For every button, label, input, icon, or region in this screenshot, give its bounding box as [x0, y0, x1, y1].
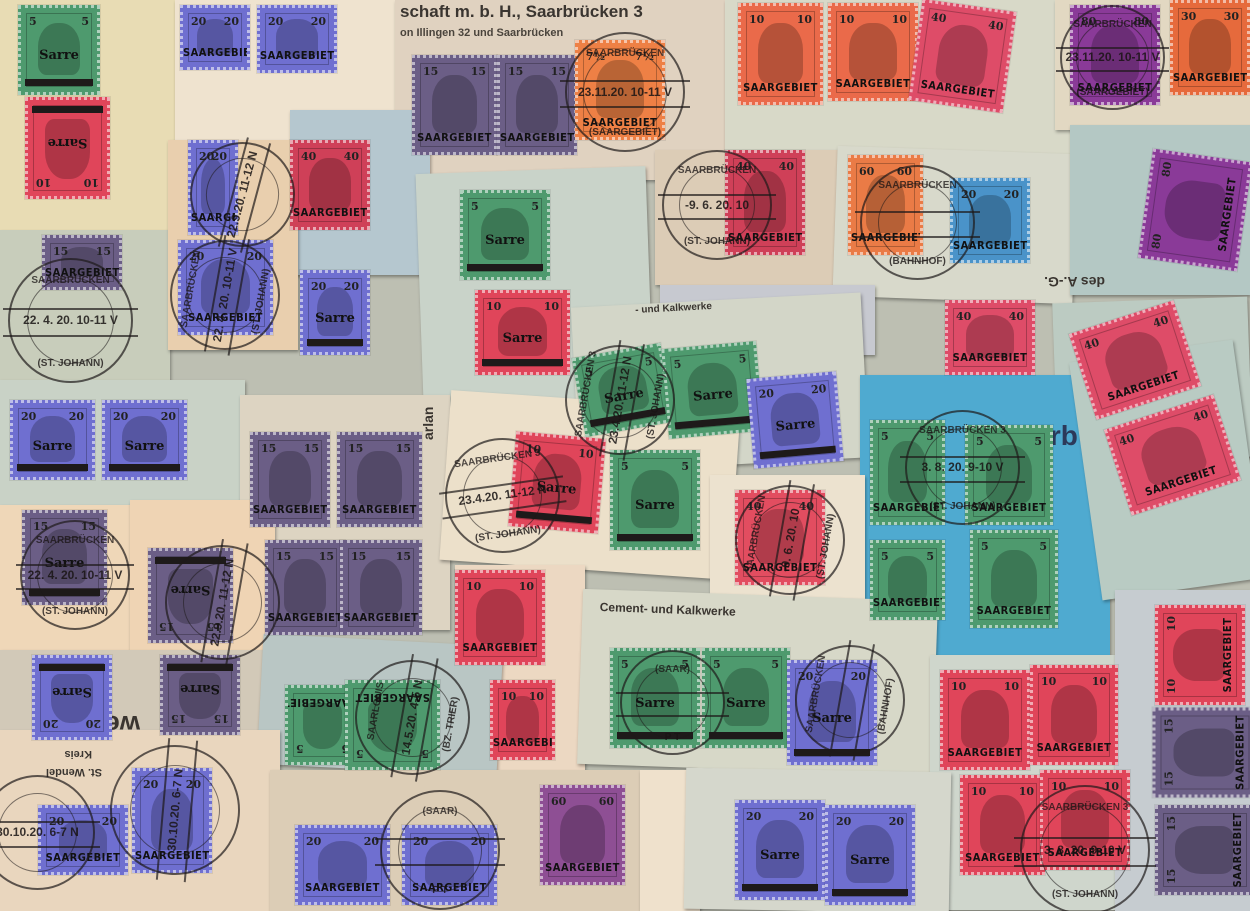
stamp: 2020Sarre [825, 805, 915, 905]
postmark-town: SAARBRÜCKEN [22, 535, 128, 546]
stamp-value: 10 [1092, 675, 1107, 688]
stamp-value: 10 [1165, 679, 1178, 694]
postmark-office: (SAARGEBIET) [567, 127, 683, 138]
stamp-value: 20 [799, 810, 814, 823]
postmark-town: SAARBRÜCKEN 3 [1022, 802, 1148, 813]
postmark-office: (ST. JOHANN) [664, 236, 770, 247]
stamp: 2020Sarre [32, 655, 112, 740]
stamp-value: 20 [311, 15, 326, 28]
overprint-bar [307, 339, 363, 346]
stamp-value: 60 [599, 795, 614, 808]
stamp-value: 15 [304, 442, 319, 455]
postmark-office: (BAHNHOF) [862, 256, 973, 267]
stamp-value: 60 [859, 165, 874, 178]
stamp-value: 10 [797, 13, 812, 26]
stamp-value: 40 [301, 150, 316, 163]
postmark-town: SAARBRÜCKEN [567, 48, 683, 59]
postmark: SAARBRÜCKEN 33. 8. 20. 9-10 V(ST. JOHANN… [1020, 785, 1150, 911]
postmark-date [382, 838, 498, 861]
postmark-date: -9. 6. 20. 10 [664, 194, 770, 215]
stamp-value: 10 [36, 176, 51, 189]
overprint-bar [482, 359, 563, 366]
overprint-saargebiet: SAARGEBIET [741, 81, 820, 94]
postmark-town: SAARBRÜCKEN [1062, 19, 1163, 30]
postmark-office: (ST. JOHANN) [907, 501, 1018, 512]
stamp-value: 10 [1004, 680, 1019, 693]
stamp-value: 15 [1165, 869, 1178, 884]
postmark: SAARBRÜCKEN22. 4. 20. 10-11 V(ST. JOHANN… [20, 520, 130, 630]
overprint-sarre: Sarre [463, 233, 547, 248]
overprint-sarre: Sarre [163, 681, 237, 696]
stamp-collection-photo: schaft m. b. H., Saarbrücken 3on Illinge… [0, 0, 1250, 911]
germania-figure [284, 559, 325, 614]
stamp-value: 20 [268, 15, 283, 28]
stamp: 1010Sarre [475, 290, 570, 375]
stamp-value: 15 [319, 550, 334, 563]
stamp-value: 5 [29, 15, 37, 28]
printed-text: schaft m. b. H., Saarbrücken 3 [400, 2, 643, 22]
postmark: SAARBRÜCKEN(BAHNHOF) [860, 165, 975, 280]
overprint-saargebiet: SAARGEBIET [343, 611, 419, 624]
stamp-value: 20 [836, 815, 851, 828]
stamp: 1010SAARGEBIET [490, 680, 555, 760]
overprint-saargebiet: SAARGEBIET [973, 604, 1055, 617]
stamp-value: 20 [758, 387, 774, 401]
stamp-value: 5 [471, 200, 479, 213]
stamp-value: 15 [508, 65, 523, 78]
overprint-saargebiet: SAARGEBIET [943, 746, 1027, 759]
stamp-value: 5 [771, 658, 779, 671]
stamp-value: 10 [486, 300, 501, 313]
stamp-value: 20 [69, 410, 84, 423]
stamp: 2020Sarre [102, 400, 187, 480]
stamp-value: 20 [311, 280, 326, 293]
printed-text: St. Wendel [46, 766, 102, 778]
germania-figure [432, 75, 476, 133]
overprint-bar [17, 464, 88, 471]
stamp-value: 40 [930, 10, 947, 25]
stamp-value: 20 [113, 410, 128, 423]
stamp-value: 10 [1041, 675, 1056, 688]
stamp-value: 10 [749, 13, 764, 26]
printed-text: on Illingen 32 und Saarbrücken [400, 27, 563, 39]
postmark: (SAAR)P T [620, 650, 725, 755]
stamp: 1515SAARGEBIET [412, 55, 497, 155]
overprint-saargebiet: SAARGEBIET [1231, 808, 1244, 892]
germania-figure [991, 550, 1037, 607]
stamp-value: 5 [926, 550, 934, 563]
postmark-date: 30.10.20. 6-7 N [0, 821, 93, 843]
stamp: 4040SAARGEBIET [290, 140, 370, 230]
stamp-value: 15 [396, 442, 411, 455]
overprint-bar [832, 889, 908, 896]
germania-figure [1173, 629, 1225, 682]
stamp-value: 10 [951, 680, 966, 693]
overprint-saargebiet: SAARGEBIET [268, 611, 342, 624]
stamp-value: 5 [738, 352, 747, 366]
stamp: 55Sarre [610, 450, 700, 550]
stamp-value: 5 [981, 540, 989, 553]
stamp-value: 5 [1039, 540, 1047, 553]
overprint-saargebiet: SAARGEBIET [415, 131, 494, 144]
stamp-value: 15 [423, 65, 438, 78]
overprint-saargebiet: SAARGEBIET [1033, 741, 1115, 754]
stamp-value: 15 [348, 442, 363, 455]
stamp: 1010SAARGEBIET [738, 3, 823, 105]
printed-text: Kreis [64, 748, 92, 760]
stamp: 2020Sarre [10, 400, 95, 480]
postmark: SAARBRÜCKEN 33. 8. 20. 9-10 V(ST. JOHANN… [905, 410, 1020, 525]
stamp: 55SAARGEBIET [970, 530, 1058, 628]
stamp-value: 20 [1004, 188, 1019, 201]
germania-figure [1189, 19, 1230, 74]
stamp-value: 10 [892, 13, 907, 26]
stamp-value: 15 [96, 245, 111, 258]
overprint-saargebiet: SAARGEBIET [458, 641, 542, 654]
stamp-value: 10 [1165, 616, 1178, 631]
stamp: 2020SAARGEBIET [257, 5, 337, 73]
germania-figure [476, 589, 523, 644]
postmark-town: SAARBRÜCKEN [10, 275, 131, 286]
overprint-saargebiet: SAARGEBIET [493, 736, 552, 749]
stamp: 4040SAARGEBIET [945, 300, 1035, 375]
stamp-value: 10 [544, 300, 559, 313]
stamp-value: 10 [466, 580, 481, 593]
stamp-value: 5 [531, 200, 539, 213]
stamp-value: 10 [839, 13, 854, 26]
postmark: SAARBRÜCKEN22. 4. 20. 10-11 V(ST. JOHANN… [8, 258, 133, 383]
stamp-value: 10 [501, 690, 516, 703]
postmark-date: 22. 4. 20. 10-11 V [10, 308, 131, 332]
stamp: 1010SAARGEBIET [1030, 665, 1118, 765]
overprint-bar [39, 664, 105, 671]
germania-figure [516, 75, 557, 133]
stamp-value: 30 [1181, 10, 1196, 23]
germania-figure [1051, 685, 1097, 743]
stamp-value: 5 [1034, 435, 1042, 448]
stamp-value: 10 [84, 176, 99, 189]
stamp-value: 10 [529, 690, 544, 703]
stamp-value: 40 [1009, 310, 1024, 323]
overprint-saargebiet: SAARGEBIET [948, 351, 1032, 364]
printed-text: des A.-G. [1044, 274, 1105, 290]
stamp: 1515SAARGEBIET [340, 540, 422, 635]
stamp-value: 10 [971, 785, 986, 798]
overprint-saargebiet: SAARGEBIET [873, 596, 942, 609]
germania-figure [1173, 729, 1234, 776]
stamp: 1010Sarre [25, 97, 110, 199]
stamp-value: 15 [551, 65, 566, 78]
stamp: 2020SAARGEBIET [180, 5, 250, 70]
postmark: (SAAR)P T [380, 790, 500, 910]
overprint-saargebiet: SAARGEBIET [253, 503, 327, 516]
overprint-saargebiet: SAARGEBIET [543, 861, 622, 874]
overprint-saargebiet: SAARGEBIET [500, 131, 574, 144]
postmark-office: (ST. JOHANN) [10, 358, 131, 369]
stamp-value: 20 [86, 717, 101, 730]
overprint-bar [109, 464, 180, 471]
stamp-value: 40 [779, 160, 794, 173]
stamp: 1515Sarre [160, 655, 240, 735]
stamp-value: 80 [1159, 161, 1174, 178]
overprint-saargebiet: SAARGEBIET [260, 49, 334, 62]
stamp: 1010SAARGEBIET [940, 670, 1030, 770]
stamp: 55Sarre [460, 190, 550, 280]
stamp: 6060SAARGEBIET [540, 785, 625, 885]
overprint-sarre: Sarre [303, 311, 367, 326]
stamp: 1010SAARGEBIET [455, 570, 545, 665]
germania-figure [560, 805, 604, 863]
germania-figure [961, 690, 1008, 748]
stamp-value: 5 [681, 460, 689, 473]
overprint-bar [617, 534, 693, 541]
stamp-value: 20 [224, 15, 239, 28]
stamp-value: 5 [296, 742, 304, 755]
overprint-bar [25, 79, 93, 86]
stamp-value: 20 [43, 717, 58, 730]
postmark-town: SAARBRÜCKEN [664, 165, 770, 176]
stamp-value: 5 [621, 460, 629, 473]
overprint-sarre: Sarre [105, 439, 184, 454]
overprint-sarre: Sarre [35, 684, 109, 699]
stamp-value: 10 [1019, 785, 1034, 798]
postmark-date [862, 211, 973, 233]
overprint-saargebiet: SAARGEBIET [340, 503, 419, 516]
stamp-value: 10 [519, 580, 534, 593]
stamp: 1515SAARGEBIET [337, 432, 422, 527]
postmark-town: (SAAR) [382, 806, 498, 817]
germania-figure [303, 703, 342, 749]
overprint-saargebiet: SAARGEBIET [1221, 608, 1234, 702]
stamp-value: 40 [956, 310, 971, 323]
stamp-value: 20 [21, 410, 36, 423]
germania-figure [357, 451, 401, 506]
postmark-date: 3. 8. 20. 9-10 V [907, 456, 1018, 478]
stamp-value: 5 [81, 15, 89, 28]
overprint-saargebiet: SAARGEBIET [293, 206, 367, 219]
stamp: 8080SAARGEBIET [1138, 149, 1250, 272]
stamp-value: 40 [987, 18, 1004, 33]
postmark: SAARBRÜCKEN23.11.20. 10-11 V(SAARGEBIET) [565, 32, 685, 152]
stamp-value: 20 [746, 810, 761, 823]
stamp-value: 15 [396, 550, 411, 563]
postmark-town: SAARBRÜCKEN [862, 180, 973, 191]
postmark-office: (ST. JOHANN) [22, 606, 128, 617]
germania-figure [309, 158, 350, 210]
stamp: 1010SAARGEBIET [828, 3, 918, 101]
stamp-value: 5 [673, 358, 682, 372]
stamp-value: 80 [1149, 233, 1164, 250]
stamp: 2020Sarre [746, 371, 844, 469]
overprint-saargebiet: SAARGEBIET [831, 77, 915, 90]
stamp-value: 60 [551, 795, 566, 808]
stamp-value: 15 [1163, 771, 1176, 786]
overprint-sarre: Sarre [738, 848, 822, 863]
stamp: 2020Sarre [735, 800, 825, 900]
overprint-saargebiet: SAARGEBIET [1173, 71, 1247, 84]
postmark: SAARBRÜCKEN-9. 6. 20. 10(ST. JOHANN) [662, 150, 772, 260]
overprint-sarre: Sarre [21, 48, 97, 63]
printed-text: arlan [420, 407, 436, 440]
overprint-sarre: Sarre [478, 331, 567, 346]
stamp-value: 20 [344, 280, 359, 293]
stamp: 4040SAARGEBIET [908, 0, 1016, 113]
stamp-value: 20 [191, 15, 206, 28]
stamp-value: 20 [306, 835, 321, 848]
postmark-office: (ST. JOHANN) [1022, 889, 1148, 900]
stamp: 55Sarre [18, 5, 100, 95]
stamp-value: 20 [889, 815, 904, 828]
overprint-sarre: Sarre [828, 853, 912, 868]
postmark-office: P T [382, 885, 498, 896]
stamp-value: 15 [471, 65, 486, 78]
overprint-saargebiet: SAARGEBIET [1234, 711, 1247, 795]
stamp: 2020Sarre [300, 270, 370, 355]
stamp: 1515SAARGEBIET [1153, 708, 1250, 798]
stamp: 1515SAARGEBIET [1155, 805, 1250, 895]
stamp-value: 15 [276, 550, 291, 563]
postmark-office: P T [622, 732, 723, 743]
stamp-value: 15 [171, 712, 186, 725]
germania-figure [269, 451, 310, 506]
stamp: 1515SAARGEBIET [250, 432, 330, 527]
postmark-date: 3. 8. 20. 9-10 V [1022, 837, 1148, 862]
overprint-bar [467, 264, 543, 271]
stamp: 3030SAARGEBIET [1170, 0, 1250, 95]
stamp-value: 20 [161, 410, 176, 423]
stamp-value: 15 [1163, 719, 1176, 734]
stamp-value: 15 [53, 245, 68, 258]
postmark-town: SAARBRÜCKEN 3 [907, 425, 1018, 436]
overprint-sarre: Sarre [613, 498, 697, 513]
overprint-sarre: Sarre [13, 439, 92, 454]
stamp-value: 5 [881, 550, 889, 563]
stamp-value: 40 [344, 150, 359, 163]
stamp-value: 15 [351, 550, 366, 563]
stamp: 1010SAARGEBIET [1155, 605, 1245, 705]
stamp-value: 10 [578, 447, 594, 461]
postmark-office: (SAARGEBIET) [1062, 87, 1163, 98]
overprint-bar [32, 106, 103, 113]
germania-figure [758, 23, 802, 83]
postmark-date [622, 692, 723, 712]
postmark: SAARBRÜCKEN23.11.20. 10-11 V(SAARGEBIET) [1060, 5, 1165, 110]
stamp-value: 15 [1165, 816, 1178, 831]
stamp: 55SAARGEBIET [870, 540, 945, 620]
postmark-date: 22. 4. 20. 10-11 V [22, 564, 128, 585]
stamp-value: 15 [214, 712, 229, 725]
stamp-value: 30 [1224, 10, 1239, 23]
overprint-saargebiet: SAARGEBIET [183, 46, 247, 59]
stamp-value: 20 [811, 382, 827, 396]
stamp-value: 15 [261, 442, 276, 455]
postmark-town: (SAAR) [622, 664, 723, 675]
overprint-sarre: Sarre [28, 135, 107, 150]
germania-figure [360, 559, 403, 614]
germania-figure [1175, 827, 1233, 874]
postmark-date: 23.11.20. 10-11 V [1062, 47, 1163, 67]
stamp-value: 5 [881, 430, 889, 443]
postmark-date: 23.11.20. 10-11 V [567, 80, 683, 103]
overprint-bar [742, 884, 818, 891]
overprint-saargebiet: SAARGEBIET [298, 881, 387, 894]
germania-figure [849, 23, 896, 80]
